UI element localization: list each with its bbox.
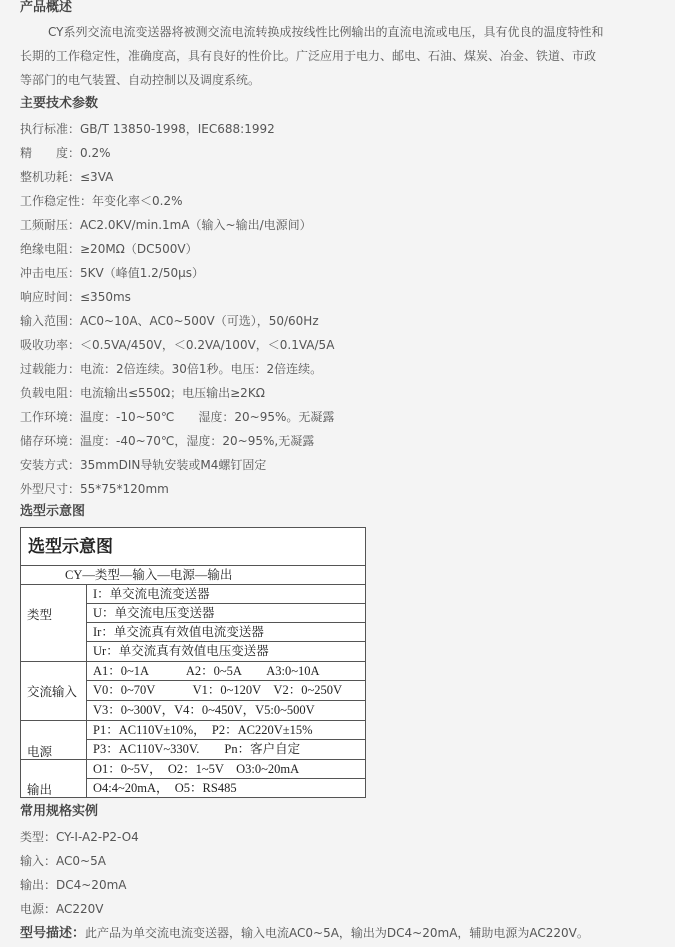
example-item: 电源：AC220V [20,901,104,917]
spec-item: 精 度：0.2% [20,145,111,161]
spec-item: 过载能力：电流：2倍连续。30倍1秒。电压：2倍连续。 [20,361,322,377]
spec-item: 工作稳定性：年变化率＜0.2% [20,193,183,209]
group-label-output: 输出 [21,760,87,797]
example-item: 输出：DC4~20mA [20,877,126,893]
spec-item: 冲击电压：5KV（峰值1.2/50μs） [20,265,204,281]
spec-item: 负载电阻：电流输出≤550Ω；电压输出≥2KΩ [20,385,265,401]
section-heading-overview: 产品概述 [20,0,72,16]
group-label-ac-input: 交流输入 [21,662,87,721]
option-row: O1：0~5V， O2：1~5V O3:0~20mA [87,760,365,779]
spec-item: 执行标准：GB/T 13850-1998，IEC688:1992 [20,121,275,137]
overview-line: CY系列交流电流变送器将被测交流电流转换成按线性比例输出的直流电流或电压，具有优… [20,20,650,44]
spec-item: 安装方式：35mmDIN导轨安装或M4螺钉固定 [20,457,266,473]
option-row: P3：AC110V~330V. Pn：客户自定 [87,740,365,760]
spec-item: 输入范围：AC0~10A、AC0~500V（可选），50/60Hz [20,313,319,329]
model-description: 型号描述：此产品为单交流电流变送器，输入电流AC0~5A，输出为DC4~20mA… [20,925,589,942]
overview-paragraph: CY系列交流电流变送器将被测交流电流转换成按线性比例输出的直流电流或电压，具有优… [20,20,650,92]
spec-item: 响应时间：≤350ms [20,289,131,305]
model-description-label: 型号描述： [20,926,85,941]
option-row: P1：AC110V±10%， P2：AC220V±15% [87,721,365,740]
option-row: A1：0~1A A2：0~5A A3:0~10A [87,662,365,681]
selection-table-image: 选型示意图 CY—类型—输入—电源—输出 类型 I：单交流电流变送器 U：单交流… [20,527,366,798]
example-item: 输入：AC0~5A [20,853,106,869]
option-row: V3：0~300V，V4：0~450V，V5:0~500V [87,701,365,721]
spec-item: 工频耐压：AC2.0KV/min.1mA（输入~输出/电源间） [20,217,312,233]
model-description-text: 此产品为单交流电流变送器，输入电流AC0~5A，输出为DC4~20mA，辅助电源… [85,926,589,940]
option-row: V0：0~70V V1：0~120V V2：0~250V [87,681,365,701]
group-label-type: 类型 [21,585,87,662]
option-row: Ur：单交流真有效值电压变送器 [87,642,365,662]
option-row: Ir：单交流真有效值电流变送器 [87,623,365,642]
overview-line: 长期的工作稳定性，准确度高，具有良好的性价比。广泛应用于电力、邮电、石油、煤炭、… [20,44,650,68]
section-heading-specs: 主要技术参数 [20,96,98,112]
table-title: 选型示意图 [21,528,365,566]
spec-item: 外型尺寸：55*75*120mm [20,481,169,497]
group-label-power: 电源 [21,721,87,760]
overview-line: 等部门的电气装置、自动控制以及调度系统。 [20,68,650,92]
section-heading-selection: 选型示意图 [20,504,85,520]
example-item: 类型：CY-I-A2-P2-O4 [20,829,139,845]
section-heading-example: 常用规格实例 [20,804,98,820]
spec-item: 绝缘电阻：≥20MΩ（DC500V） [20,241,198,257]
option-row: I：单交流电流变送器 [87,585,365,604]
spec-item: 工作环境：温度：-10~50℃ 湿度：20~95%。无凝露 [20,409,334,425]
option-row: O4:4~20mA， O5：RS485 [87,779,365,797]
spec-item: 吸收功率：＜0.5VA/450V，＜0.2VA/100V，＜0.1VA/5A [20,337,334,353]
spec-item: 储存环境：温度：-40~70℃，湿度：20~95%,无凝露 [20,433,314,449]
spec-item: 整机功耗：≤3VA [20,169,113,185]
model-formula: CY—类型—输入—电源—输出 [21,566,365,585]
option-row: U：单交流电压变送器 [87,604,365,623]
